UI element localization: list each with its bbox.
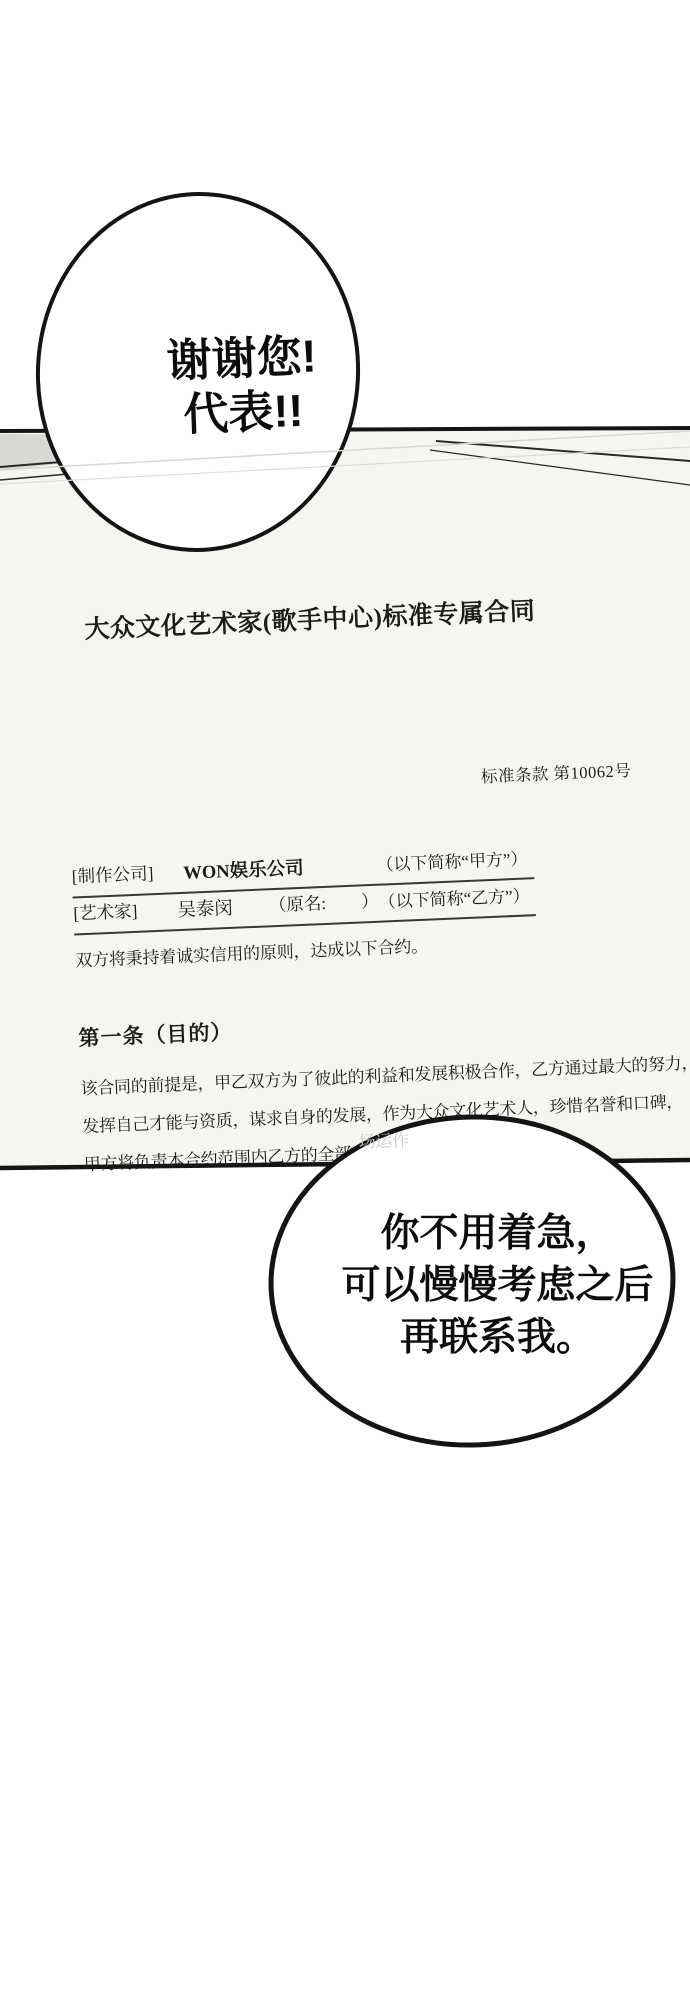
comic-page: 大众文化艺术家(歌手中心)标准专属合同 标准条款 第10062号 [制作公司] …: [0, 0, 690, 2000]
bottom-bubble-dialogue: 你不用着急， 可以慢慢考虑之后 再联系我。: [275, 1208, 690, 1364]
faint-edge-line-2: [0, 447, 690, 484]
dialogue-line: 再联系我。: [275, 1312, 690, 1364]
dialogue-line: 谢谢您!: [118, 328, 365, 391]
dialogue-line: 代表!!: [120, 382, 367, 445]
dialogue-line: 你不用着急，: [275, 1208, 690, 1260]
ghosted-covered-text: 场运作: [358, 1126, 409, 1153]
faint-edge-line-1: [0, 431, 690, 470]
top-bubble-dialogue: 谢谢您! 代表!!: [118, 328, 367, 444]
dialogue-line: 可以慢慢考虑之后: [275, 1260, 690, 1312]
faint-paper-lines-overlay: [0, 0, 690, 2000]
